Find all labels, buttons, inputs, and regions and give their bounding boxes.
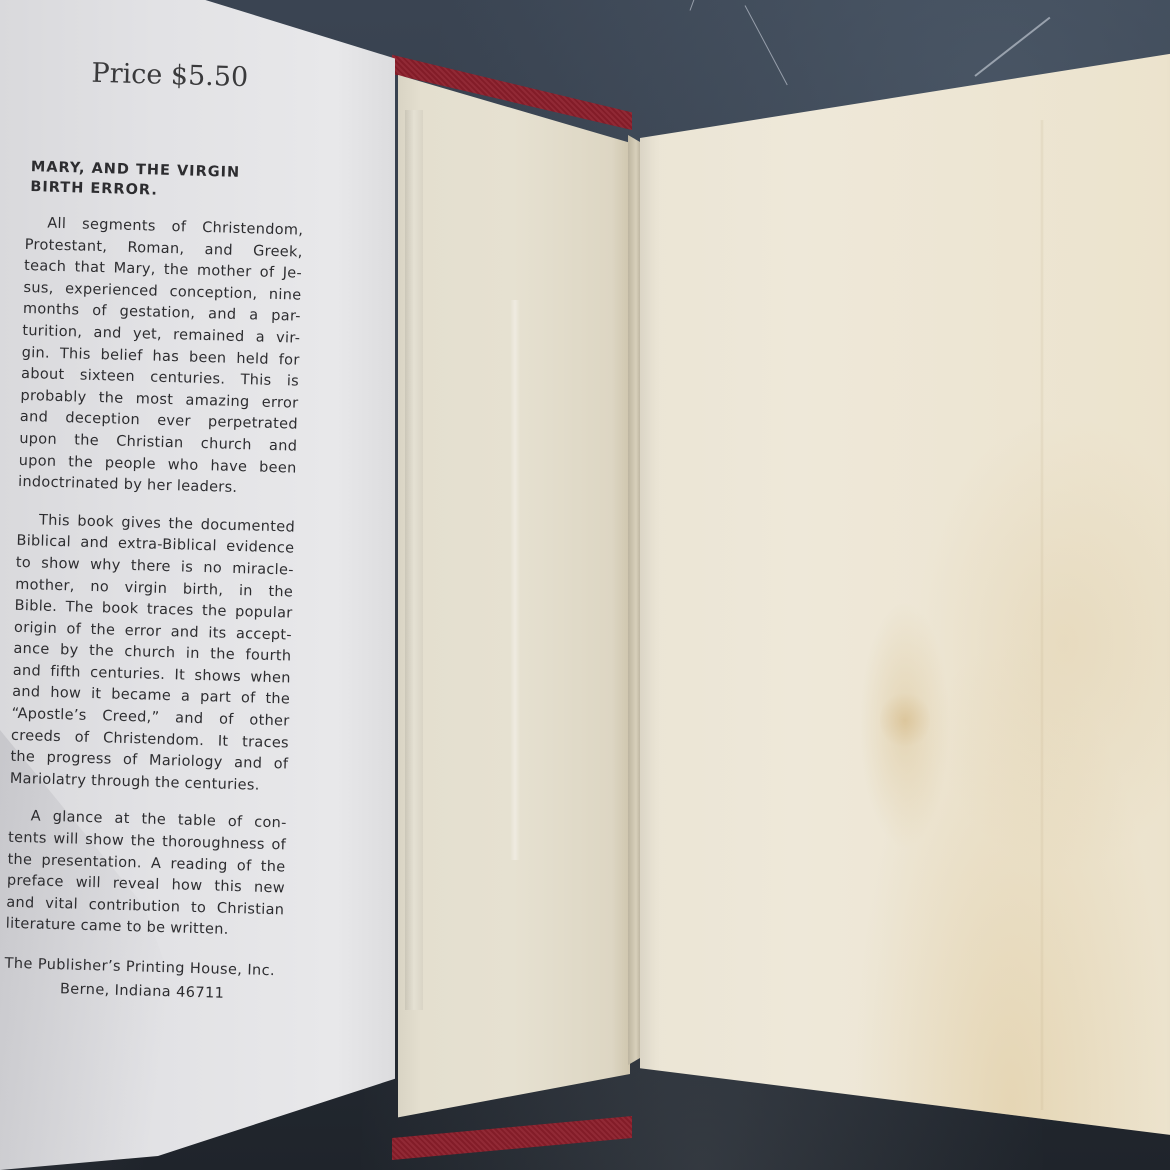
blurb-paragraph-2: This book gives the documented Biblical … — [9, 510, 295, 798]
photo-scene: Price $5.50 MARY, AND THE VIRGIN BIRTH E… — [0, 0, 1170, 1170]
foxing-stain — [880, 690, 930, 750]
endpaper-hinge — [405, 110, 423, 1010]
blurb-headline: MARY, AND THE VIRGIN BIRTH ERROR. — [30, 157, 307, 205]
page-fold-line — [1040, 120, 1044, 1110]
publisher-imprint: The Publisher’s Printing House, Inc. Ber… — [4, 952, 285, 1008]
flap-blurb: Price $5.50 MARY, AND THE VIRGIN BIRTH E… — [4, 56, 310, 1007]
free-endpaper-page[interactable] — [640, 0, 1170, 1170]
blurb-paragraph-3: A glance at the table of con- tents will… — [5, 806, 287, 943]
price-label: Price $5.50 — [91, 58, 310, 95]
publisher-name: The Publisher’s Printing House, Inc. — [4, 956, 275, 980]
endpaper-crease — [510, 300, 520, 860]
blurb-paragraph-1: All segments of Christendom, Protestant,… — [18, 213, 304, 501]
